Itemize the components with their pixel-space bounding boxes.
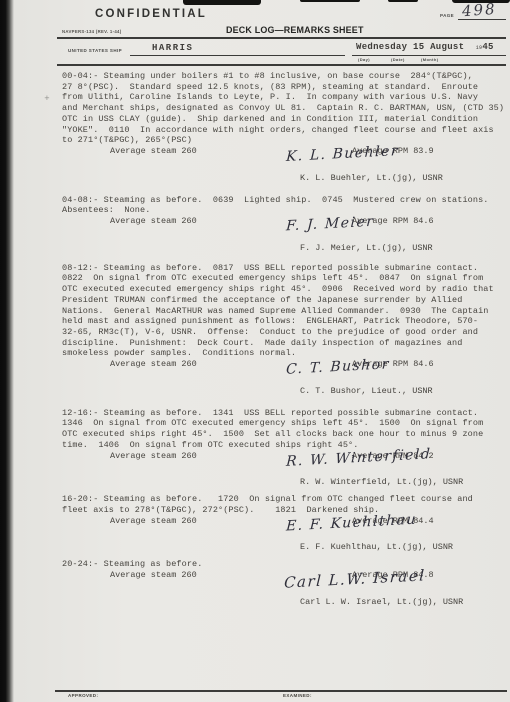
signature-officer-name: E. F. Kuehlthau, Lt.(jg), USNR	[300, 542, 453, 552]
log-entries: 00-04:- Steaming under boilers #1 to #8 …	[62, 71, 508, 614]
average-steam: Average steam 260	[110, 146, 197, 156]
scan-artifact: +	[44, 94, 50, 102]
date-value: Wednesday 15 August	[356, 42, 464, 52]
scan-artifact	[183, 0, 261, 5]
signature-officer-name: R. W. Winterfield, Lt.(jg), USNR	[300, 477, 463, 487]
log-entry-04-08: 04-08:- Steaming as before. 0639 Lighted…	[62, 195, 508, 260]
averages-row: Average steam 260 Average RPM 84.6	[62, 216, 508, 227]
signature-block: E. F. Kuehlthau E. F. Kuehlthau, Lt.(jg)…	[300, 529, 508, 559]
scanned-book-edge	[0, 0, 14, 702]
average-steam: Average steam 260	[110, 359, 197, 369]
average-steam: Average steam 260	[110, 216, 197, 226]
signature-block: C. T. Bushor C. T. Bushor, Lieut., USNR	[300, 373, 508, 403]
log-entry-08-12: 08-12:- Steaming as before. 0817 USS BEL…	[62, 263, 508, 403]
scan-artifact	[300, 0, 360, 2]
header-rule	[57, 37, 506, 39]
signature-officer-name: C. T. Bushor, Lieut., USNR	[300, 386, 433, 396]
signature-block: F. J. Meier F. J. Meier, Lt.(jg), USNR	[300, 230, 508, 260]
log-entry-text: 16-20:- Steaming as before. 1720 On sign…	[62, 494, 508, 515]
signature-officer-name: K. L. Buehler, Lt.(jg), USNR	[300, 173, 443, 183]
signature-block: K. L. Buehler K. L. Buehler, Lt.(jg), US…	[300, 160, 508, 190]
log-entry-20-24: 20-24:- Steaming as before. Average stea…	[62, 559, 508, 613]
log-entry-text: 20-24:- Steaming as before.	[62, 559, 508, 570]
averages-row: Average steam 260 Average RPM 83.9	[62, 146, 508, 157]
averages-row: Average steam 260 Average RPM 84.2	[62, 451, 508, 462]
examined-label: EXAMINED:	[283, 693, 312, 698]
signature-block: Carl L.W. Israel Carl L. W. Israel, Lt.(…	[300, 584, 508, 614]
page-number-underline	[458, 19, 506, 20]
signature-block: R. W. Winterfield R. W. Winterfield, Lt.…	[300, 464, 508, 494]
ship-label: UNITED STATES SHIP	[68, 48, 122, 53]
average-steam: Average steam 260	[110, 516, 197, 526]
averages-row: Average steam 260 Average RPM 84.6	[62, 359, 508, 370]
average-steam: Average steam 260	[110, 451, 197, 461]
log-entry-text: 04-08:- Steaming as before. 0639 Lighted…	[62, 195, 508, 216]
ship-name: HARRIS	[152, 43, 193, 53]
header-rule	[57, 64, 506, 66]
deck-log-page: + CONFIDENTIAL PAGE 498 NAVPERS-134 (REV…	[0, 0, 510, 702]
page-label: PAGE	[440, 13, 454, 18]
log-date: Wednesday 15 August 1945	[356, 42, 494, 52]
signature-officer-name: F. J. Meier, Lt.(jg), USNR	[300, 243, 433, 253]
sheet-title: DECK LOG—REMARKS SHEET	[226, 25, 364, 36]
year-value: 45	[482, 42, 493, 52]
date-underline	[352, 55, 506, 56]
ship-name-underline	[130, 55, 345, 56]
form-number: NAVPERS-134 (REV. 1-44)	[62, 29, 121, 34]
average-steam: Average steam 260	[110, 570, 197, 580]
date-month-label: (Month)	[421, 57, 438, 62]
averages-row: Average steam 260 Average RPM 84.4	[62, 516, 508, 527]
log-entry-16-20: 16-20:- Steaming as before. 1720 On sign…	[62, 494, 508, 559]
log-entry-00-04: 00-04:- Steaming under boilers #1 to #8 …	[62, 71, 508, 190]
log-entry-text: 08-12:- Steaming as before. 0817 USS BEL…	[62, 263, 508, 359]
date-date-label: (Date)	[391, 57, 405, 62]
footer-rule	[55, 690, 507, 692]
date-day-label: (Day)	[358, 57, 370, 62]
log-entry-12-16: 12-16:- Steaming as before. 1341 USS BEL…	[62, 408, 508, 495]
scan-artifact	[388, 0, 418, 2]
approved-label: APPROVED:	[68, 693, 98, 698]
log-entry-text: 00-04:- Steaming under boilers #1 to #8 …	[62, 71, 508, 146]
classification-stamp: CONFIDENTIAL	[95, 8, 207, 20]
page-number-handwritten: 498	[461, 0, 497, 20]
signature-officer-name: Carl L. W. Israel, Lt.(jg), USNR	[300, 597, 463, 607]
log-entry-text: 12-16:- Steaming as before. 1341 USS BEL…	[62, 408, 508, 451]
